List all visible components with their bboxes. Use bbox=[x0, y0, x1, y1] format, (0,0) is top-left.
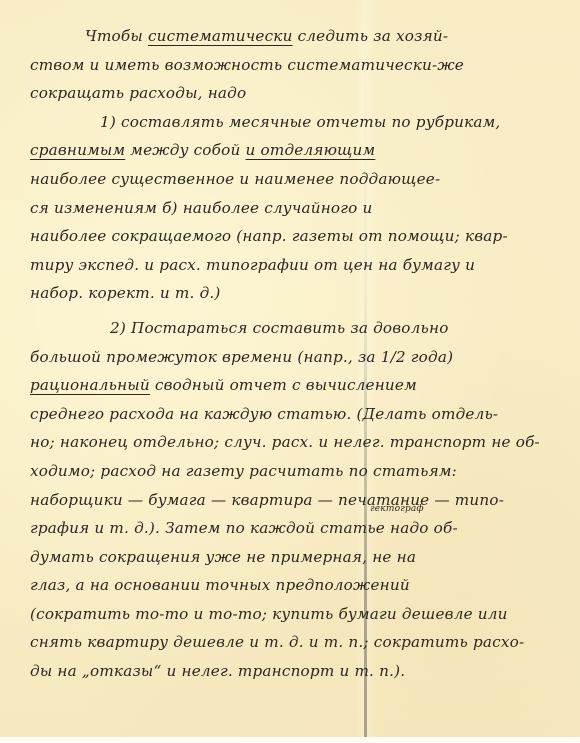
text-fragment: Чтобы bbox=[85, 27, 148, 45]
text-line: (сократить то-то и то-то; купить бумаги … bbox=[30, 600, 565, 629]
text-line: большой промежуток времени (напр., за 1/… bbox=[30, 343, 565, 372]
text-line: наиболее сокращаемого (напр. газеты от п… bbox=[30, 222, 565, 251]
text-line: набор. корект. и т. д.) bbox=[30, 279, 565, 308]
underlined-word: сравнимым bbox=[30, 141, 125, 159]
text-line: ды на „отказы“ и нелег. транспорт и т. п… bbox=[30, 657, 565, 686]
text-line: наборщики — бумага — квартира — печатани… bbox=[30, 486, 565, 515]
scan-bottom-edge bbox=[0, 737, 580, 743]
text-line: сокращать расходы, надо bbox=[30, 79, 565, 108]
text-fragment: между собой bbox=[125, 141, 245, 159]
interlinear-insertion: гектограф bbox=[370, 504, 424, 514]
text-line: графия и т. д.). Затем по каждой статье … bbox=[30, 514, 565, 543]
underlined-word: и отделяющим bbox=[245, 141, 375, 159]
handwritten-text: Чтобы систематически следить за хозяй- с… bbox=[30, 22, 565, 686]
text-line: ся изменениям б) наиболее случайного и bbox=[30, 194, 565, 223]
underlined-word: систематически bbox=[148, 27, 293, 45]
text-line: 1) составлять месячные отчеты по рубрика… bbox=[30, 108, 565, 137]
text-fragment: наборщики — бумага — квартира — печатани… bbox=[30, 491, 504, 509]
text-fragment: следить за хозяй- bbox=[293, 27, 449, 45]
text-line: наиболее существенное и наименее поддающ… bbox=[30, 165, 565, 194]
text-line: 2) Постараться составить за довольно bbox=[30, 314, 565, 343]
text-line: но; наконец отдельно; случ. расх. и неле… bbox=[30, 428, 565, 457]
text-line: глаз, а на основании точных предположени… bbox=[30, 571, 565, 600]
text-line: ством и иметь возможность систематически… bbox=[30, 51, 565, 80]
manuscript-page: Чтобы систематически следить за хозяй- с… bbox=[0, 0, 580, 737]
text-line: сравнимым между собой и отделяющим bbox=[30, 136, 565, 165]
text-line: Чтобы систематически следить за хозяй- bbox=[30, 22, 565, 51]
text-line: среднего расхода на каждую статью. (Дела… bbox=[30, 400, 565, 429]
text-line: ходимо; расход на газету расчитать по ст… bbox=[30, 457, 565, 486]
text-line: тиру экспед. и расх. типографии от цен н… bbox=[30, 251, 565, 280]
text-line: рациональный сводный отчет с вычислением bbox=[30, 371, 565, 400]
underlined-word: рациональный bbox=[30, 376, 150, 394]
text-line: снять квартиру дешевле и т. д. и т. п.; … bbox=[30, 628, 565, 657]
text-fragment: сводный отчет с вычислением bbox=[150, 376, 417, 394]
text-line: думать сокращения уже не примерная, не н… bbox=[30, 543, 565, 572]
